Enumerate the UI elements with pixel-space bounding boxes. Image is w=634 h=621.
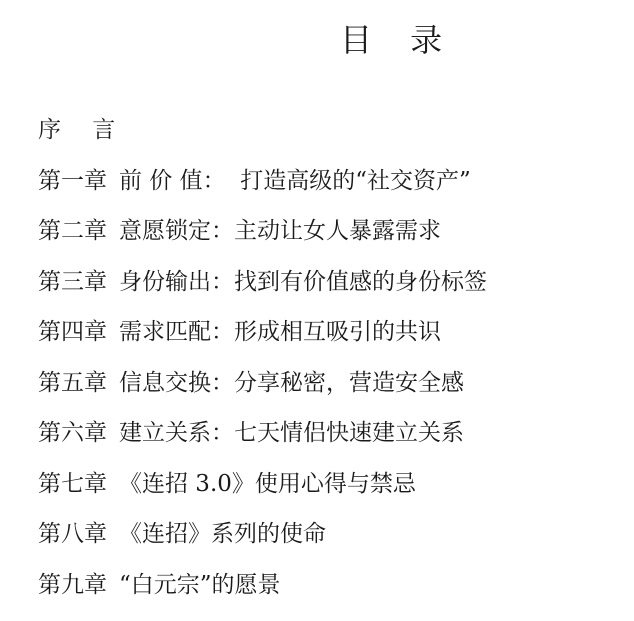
chapter-number: 第三章 [38, 265, 107, 299]
chapter-title: 建立关系：七天情侣快速建立关系 [119, 420, 464, 446]
toc-entry: 第二章意愿锁定：主动让女人暴露需求 [38, 214, 487, 265]
chapter-title: 需求匹配：形成相互吸引的共识 [119, 319, 441, 345]
chapter-title: 信息交换：分享秘密，营造安全感 [119, 370, 464, 396]
toc-entry: 第三章身份输出：找到有价值感的身份标签 [38, 265, 487, 316]
chapter-number: 第二章 [38, 214, 107, 248]
toc-entry: 第四章需求匹配：形成相互吸引的共识 [38, 315, 487, 366]
chapter-title: 意愿锁定：主动让女人暴露需求 [119, 218, 441, 244]
chapter-number: 第六章 [38, 416, 107, 450]
toc-entry: 第六章建立关系：七天情侣快速建立关系 [38, 416, 487, 467]
chapter-title: “白元宗”的愿景 [119, 572, 281, 598]
table-of-contents: 序 言 第一章前 价 值： 打造高级的“社交资产” 第二章意愿锁定：主动让女人暴… [38, 113, 487, 618]
chapter-title: 《连招》系列的使命 [119, 521, 326, 547]
chapter-title: 身份输出：找到有价值感的身份标签 [119, 269, 487, 295]
chapter-number: 第八章 [38, 517, 107, 551]
toc-entry-preface: 序 言 [38, 113, 487, 164]
preface-label: 序 言 [38, 117, 127, 143]
page-title: 目 录 [340, 18, 456, 62]
toc-entry: 第七章《连招 3.0》使用心得与禁忌 [38, 467, 487, 518]
toc-entry: 第五章信息交换：分享秘密，营造安全感 [38, 366, 487, 417]
chapter-number: 第五章 [38, 366, 107, 400]
chapter-number: 第一章 [38, 164, 107, 198]
toc-entry: 第八章《连招》系列的使命 [38, 517, 487, 568]
toc-entry: 第九章“白元宗”的愿景 [38, 568, 487, 619]
chapter-title: 《连招 3.0》使用心得与禁忌 [119, 471, 416, 497]
chapter-number: 第七章 [38, 467, 107, 501]
toc-entry: 第一章前 价 值： 打造高级的“社交资产” [38, 164, 487, 215]
chapter-number: 第四章 [38, 315, 107, 349]
chapter-number: 第九章 [38, 568, 107, 602]
chapter-title: 前 价 值： 打造高级的“社交资产” [119, 168, 471, 194]
